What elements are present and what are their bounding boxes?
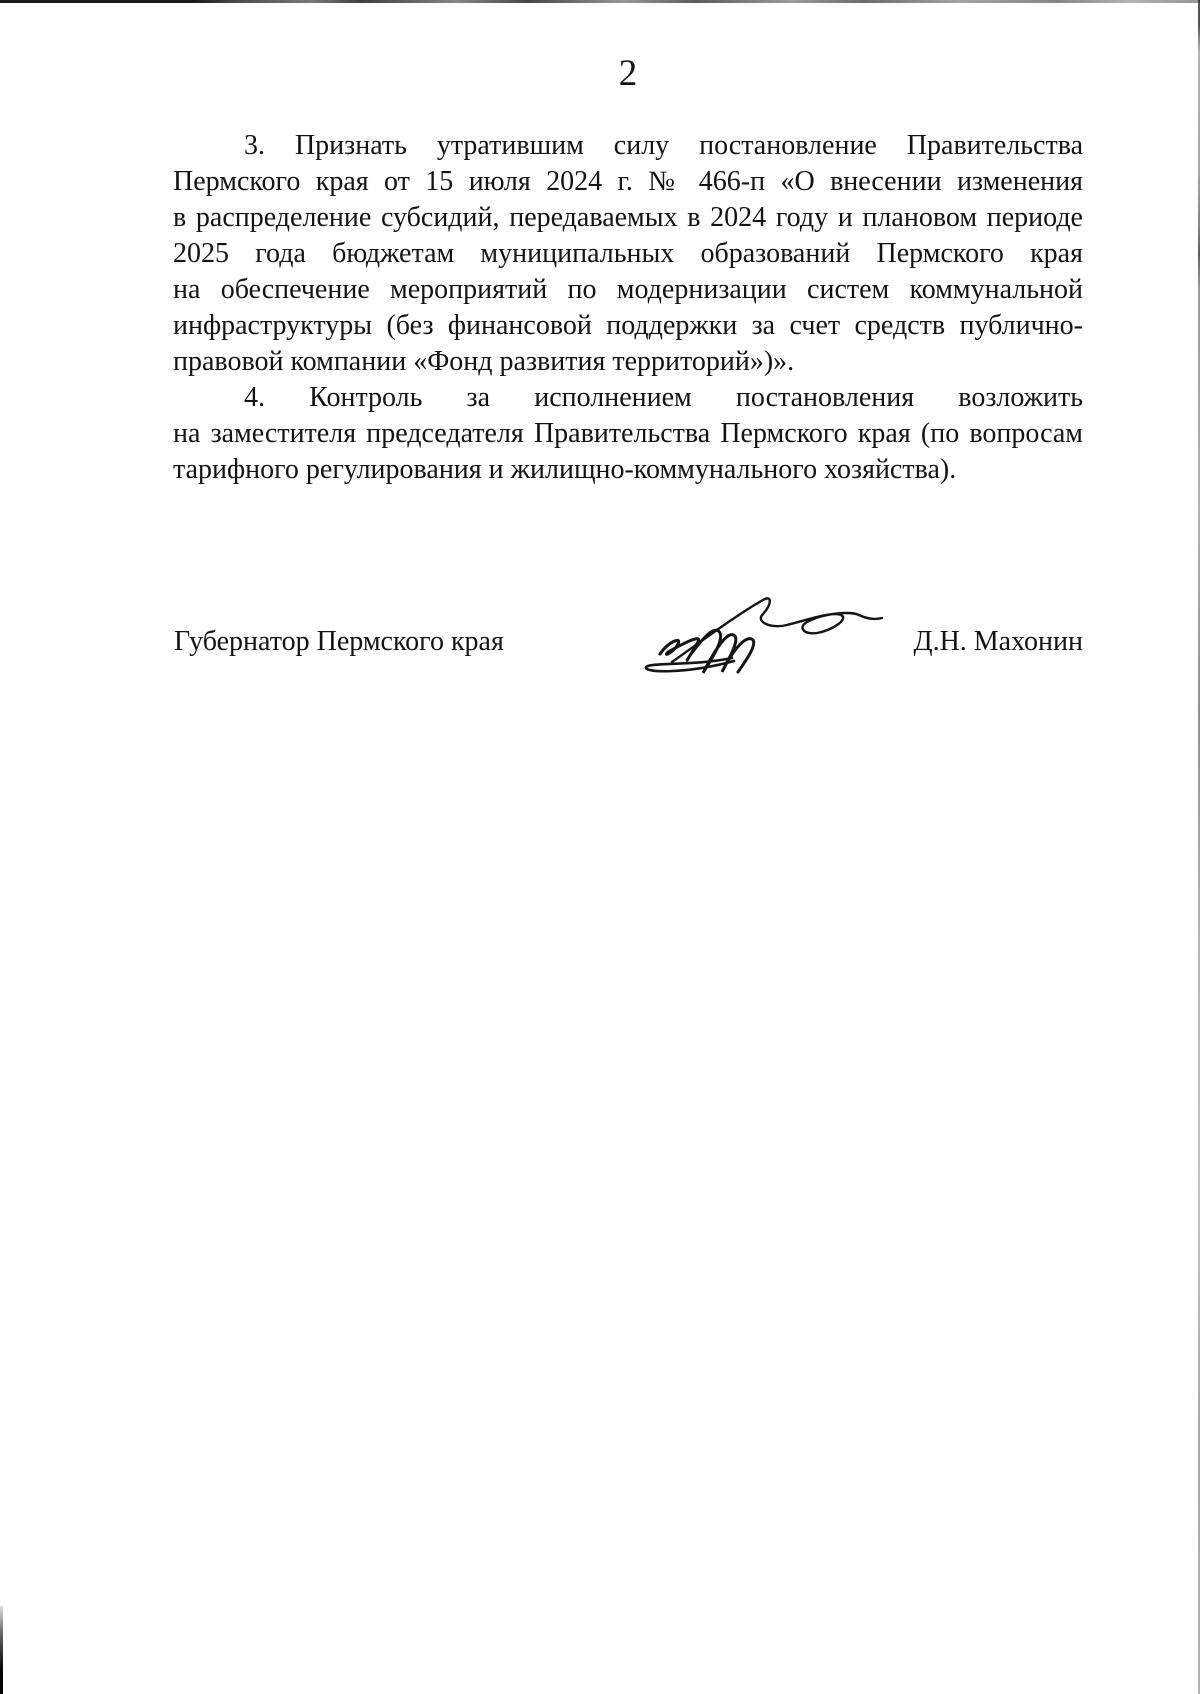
paragraph-3-line: инфраструктуры (без финансовой поддержки… [173,308,1083,344]
paragraph-3-line: в распределение субсидий, передаваемых в… [173,200,1083,236]
paragraph-3-line: на обеспечение мероприятий по модернизац… [173,272,1083,308]
paragraph-3-line: правовой компании «Фонд развития террито… [173,344,1083,380]
scan-artifact-top-edge [0,0,1200,3]
paragraph-3-line: 3. Признать утратившим силу постановлени… [173,128,1083,164]
paragraph-4-line: тарифного регулирования и жилищно-коммун… [173,452,1083,488]
scan-artifact-bottom-left-edge [0,1606,3,1694]
paragraph-3-line: 2025 года бюджетам муниципальных образов… [173,236,1083,272]
paragraph-3-line: Пермского края от 15 июля 2024 г. № 466-… [173,164,1083,200]
paragraph-4-line: на заместителя председателя Правительств… [173,416,1083,452]
handwritten-signature-icon [636,590,888,680]
signature-position-label: Губернатор Пермского края [174,624,504,660]
paragraph-4-line: 4. Контроль за исполнением постановления… [173,380,1083,416]
document-body: 3. Признать утратившим силу постановлени… [173,128,1083,488]
document-page: 2 3. Признать утратившим силу постановле… [0,0,1200,1694]
signature-name: Д.Н. Махонин [913,624,1083,660]
page-number: 2 [173,54,1083,94]
